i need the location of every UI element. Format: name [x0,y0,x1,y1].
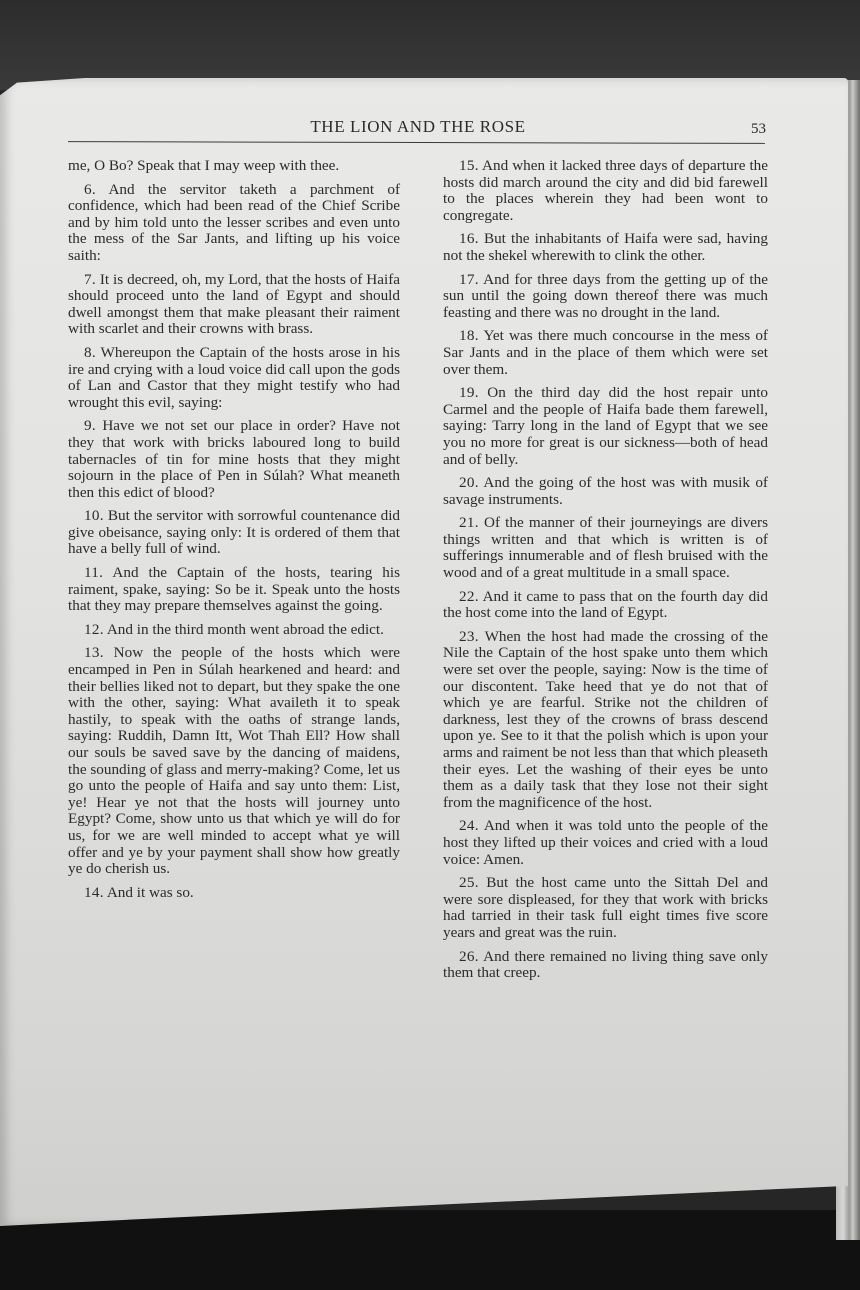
verse-text: And the Captain of the hosts, tearing hi… [68,564,400,614]
verse-number: 17. [459,271,479,288]
verse-12: 12. And in the third month went abroad t… [68,622,400,639]
verse-number: 24. [459,817,479,834]
verse-9: 9. Have we not set our place in order? H… [68,418,400,501]
verse-text: But the host came unto the Sittah Del an… [443,874,768,941]
verse-text: Now the people of the hosts which were e… [68,644,400,877]
dark-background-top [0,0,860,90]
verse-15: 15. And when it lacked three days of dep… [443,158,768,224]
verse-11: 11. And the Captain of the hosts, tearin… [68,565,400,615]
verse-19: 19. On the third day did the host repair… [443,385,768,468]
verse-17: 17. And for three days from the getting … [443,272,768,322]
dark-background-bottom [0,1210,860,1290]
continued-paragraph: me, O Bo? Speak that I may weep with the… [68,158,400,175]
verse-text: And it was so. [107,884,194,901]
verse-number: 11. [84,564,103,581]
verse-number: 13. [84,644,104,661]
verse-26: 26. And there remained no living thing s… [443,949,768,982]
verse-number: 26. [459,948,479,965]
verse-20: 20. And the going of the host was with m… [443,475,768,508]
running-title: THE LION AND THE ROSE [68,117,768,137]
verse-13: 13. Now the people of the hosts which we… [68,645,400,877]
verse-number: 14. [84,884,104,901]
verse-number: 25. [459,874,479,891]
page-number: 53 [751,121,766,138]
verse-number: 16. [459,230,479,247]
verse-number: 8. [84,344,96,361]
verse-text: When the host had made the crossing of t… [443,628,768,811]
verse-text: And for three days from the getting up o… [443,271,768,321]
verse-text: And the servitor taketh a parchment of c… [68,181,400,264]
verse-number: 18. [459,327,479,344]
verse-number: 6. [84,181,96,198]
left-column: me, O Bo? Speak that I may weep with the… [68,158,400,908]
verse-text: On the third day did the host repair unt… [443,384,768,467]
verse-16: 16. But the inhabitants of Haifa were sa… [443,231,768,264]
verse-24: 24. And when it was told unto the people… [443,818,768,868]
verse-text: Whereupon the Captain of the hosts arose… [68,344,400,411]
verse-text: It is decreed, oh, my Lord, that the hos… [68,271,400,338]
verse-10: 10. But the servitor with sorrowful coun… [68,508,400,558]
verse-text: And when it was told unto the people of … [443,817,768,867]
verse-7: 7. It is decreed, oh, my Lord, that the … [68,272,400,338]
verse-text: And it came to pass that on the fourth d… [443,588,768,622]
verse-number: 21. [459,514,479,531]
verse-6: 6. And the servitor taketh a parchment o… [68,182,400,265]
verse-number: 9. [84,417,96,434]
verse-text: And the going of the host was with musik… [443,474,768,508]
verse-number: 10. [84,507,104,524]
verse-number: 22. [459,588,479,605]
verse-text: Of the manner of their journeyings are d… [443,514,768,581]
verse-text: Yet was there much concourse in the mess… [443,327,768,377]
running-head: THE LION AND THE ROSE 53 [68,117,768,141]
verse-21: 21. Of the manner of their journeyings a… [443,515,768,581]
verse-number: 23. [459,628,479,645]
verse-23: 23. When the host had made the crossing … [443,629,768,812]
verse-number: 20. [459,474,479,491]
verse-text: Have we not set our place in order? Have… [68,417,400,500]
verse-text: And there remained no living thing save … [443,948,768,982]
verse-18: 18. Yet was there much concourse in the … [443,328,768,378]
verse-22: 22. And it came to pass that on the four… [443,589,768,622]
verse-text: And in the third month went abroad the e… [107,621,384,638]
verse-number: 15. [459,157,479,174]
verse-25: 25. But the host came unto the Sittah De… [443,875,768,941]
right-column: 15. And when it lacked three days of dep… [443,158,768,989]
verse-text: But the servitor with sorrowful countena… [68,507,400,557]
verse-text: But the inhabitants of Haifa were sad, h… [443,230,768,264]
verse-number: 19. [459,384,479,401]
verse-number: 12. [84,621,104,638]
verse-number: 7. [84,271,96,288]
verse-8: 8. Whereupon the Captain of the hosts ar… [68,345,400,411]
verse-14: 14. And it was so. [68,885,400,902]
verse-text: And when it lacked three days of departu… [443,157,768,224]
